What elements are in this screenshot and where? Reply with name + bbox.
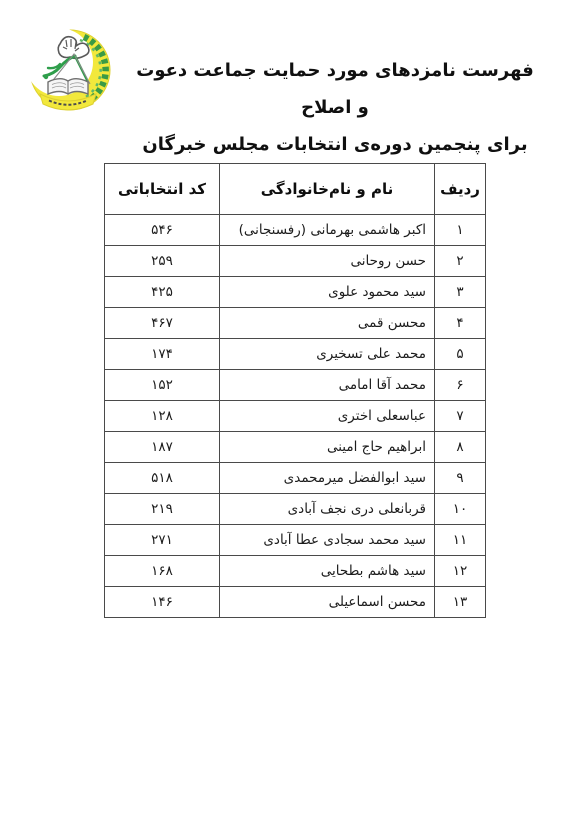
candidate-code: ۱۲۸: [105, 401, 220, 432]
table-row: ۷ عباسعلی اختری ۱۲۸: [105, 401, 486, 432]
row-number: ۴: [435, 308, 486, 339]
candidate-name: ابراهیم حاج امینی: [220, 432, 435, 463]
row-number: ۶: [435, 370, 486, 401]
table-row: ۱۰ قربانعلی دری نجف آبادی ۲۱۹: [105, 494, 486, 525]
candidate-name: محسن قمی: [220, 308, 435, 339]
row-number: ۸: [435, 432, 486, 463]
table-row: ۶ محمد آقا امامی ۱۵۲: [105, 370, 486, 401]
candidate-name: اکبر هاشمی بهرمانی (رفسنجانی): [220, 215, 435, 246]
candidate-code: ۱۷۴: [105, 339, 220, 370]
table-row: ۹ سید ابوالفضل میرمحمدی ۵۱۸: [105, 463, 486, 494]
candidate-code: ۲۷۱: [105, 525, 220, 556]
header-name: نام و نام‌خانوادگی: [220, 164, 435, 215]
candidate-name: سید هاشم بطحایی: [220, 556, 435, 587]
candidate-name: سید محمود علوی: [220, 277, 435, 308]
row-number: ۱۳: [435, 587, 486, 618]
table-row: ۱ اکبر هاشمی بهرمانی (رفسنجانی) ۵۴۶: [105, 215, 486, 246]
row-number: ۵: [435, 339, 486, 370]
candidate-name: محسن اسماعیلی: [220, 587, 435, 618]
table-header-row: ردیف نام و نام‌خانوادگی کد انتخاباتی: [105, 164, 486, 215]
candidate-code: ۵۴۶: [105, 215, 220, 246]
row-number: ۷: [435, 401, 486, 432]
header-code: کد انتخاباتی: [105, 164, 220, 215]
table-row: ۳ سید محمود علوی ۴۲۵: [105, 277, 486, 308]
row-number: ۲: [435, 246, 486, 277]
candidate-name: حسن روحانی: [220, 246, 435, 277]
table-row: ۲ حسن روحانی ۲۵۹: [105, 246, 486, 277]
row-number: ۹: [435, 463, 486, 494]
table-row: ۱۲ سید هاشم بطحایی ۱۶۸: [105, 556, 486, 587]
table-row: ۴ محسن قمی ۴۶۷: [105, 308, 486, 339]
candidate-code: ۱۵۲: [105, 370, 220, 401]
header-radif: ردیف: [435, 164, 486, 215]
table-body: ۱ اکبر هاشمی بهرمانی (رفسنجانی) ۵۴۶ ۲ حس…: [105, 215, 486, 618]
table-row: ۵ محمد علی تسخیری ۱۷۴: [105, 339, 486, 370]
candidate-name: محمد آقا امامی: [220, 370, 435, 401]
title-line-1: فهرست نامزدهای مورد حمایت جماعت دعوت و ا…: [130, 52, 540, 126]
candidate-code: ۱۶۸: [105, 556, 220, 587]
candidate-code: ۴۶۷: [105, 308, 220, 339]
candidate-name: عباسعلی اختری: [220, 401, 435, 432]
candidate-name: محمد علی تسخیری: [220, 339, 435, 370]
candidates-table: ردیف نام و نام‌خانوادگی کد انتخاباتی ۱ ا…: [104, 163, 486, 618]
organization-logo: [24, 20, 114, 120]
candidate-code: ۲۱۹: [105, 494, 220, 525]
candidate-code: ۲۵۹: [105, 246, 220, 277]
crescent-book-emblem-icon: [24, 20, 114, 120]
candidate-name: سید محمد سجادی عطا آبادی: [220, 525, 435, 556]
candidate-code: ۱۴۶: [105, 587, 220, 618]
row-number: ۱: [435, 215, 486, 246]
row-number: ۱۱: [435, 525, 486, 556]
table-row: ۱۳ محسن اسماعیلی ۱۴۶: [105, 587, 486, 618]
candidate-name: قربانعلی دری نجف آبادی: [220, 494, 435, 525]
table-row: ۸ ابراهیم حاج امینی ۱۸۷: [105, 432, 486, 463]
row-number: ۳: [435, 277, 486, 308]
candidate-code: ۱۸۷: [105, 432, 220, 463]
candidate-name: سید ابوالفضل میرمحمدی: [220, 463, 435, 494]
row-number: ۱۰: [435, 494, 486, 525]
candidate-code: ۴۲۵: [105, 277, 220, 308]
candidate-code: ۵۱۸: [105, 463, 220, 494]
table-row: ۱۱ سید محمد سجادی عطا آبادی ۲۷۱: [105, 525, 486, 556]
document-page: فهرست نامزدهای مورد حمایت جماعت دعوت و ا…: [0, 0, 580, 816]
row-number: ۱۲: [435, 556, 486, 587]
